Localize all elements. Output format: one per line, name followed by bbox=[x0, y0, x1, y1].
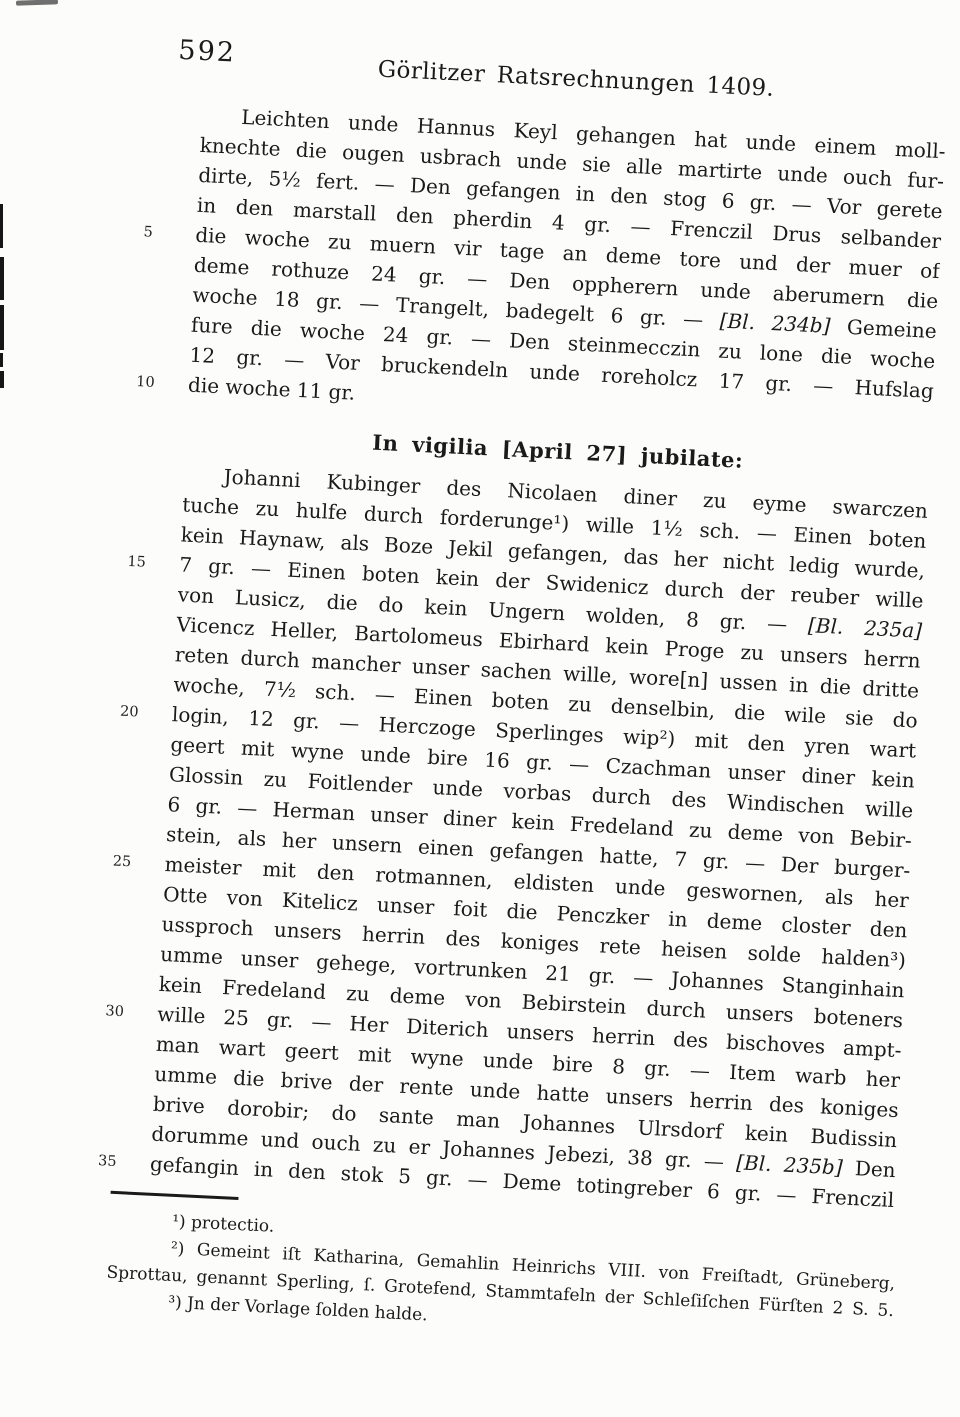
scan-artifact bbox=[0, 305, 4, 350]
line-number bbox=[125, 607, 165, 609]
line-number bbox=[118, 757, 158, 759]
line-number bbox=[116, 787, 156, 789]
line-number bbox=[102, 1086, 142, 1088]
footnotes: ¹) protectio. ²) Gemeint iſt Katharina, … bbox=[105, 1206, 897, 1352]
line-number: 35 bbox=[97, 1146, 138, 1179]
line-number bbox=[131, 487, 171, 489]
page-content: 592 Görlitzer Ratsrechnungen 1409. Leich… bbox=[143, 40, 949, 1352]
line-number bbox=[100, 1116, 140, 1118]
line-number: 20 bbox=[119, 697, 160, 730]
line-number: 10 bbox=[135, 367, 176, 400]
line-number bbox=[130, 517, 170, 519]
footnote-rule bbox=[111, 1191, 239, 1200]
folio-reference: [Bl. 235b] bbox=[736, 1150, 843, 1179]
line-number: 30 bbox=[105, 996, 146, 1029]
line-number bbox=[150, 97, 190, 99]
line-number bbox=[108, 966, 148, 968]
line-number: 5 bbox=[143, 217, 184, 250]
line-number bbox=[141, 277, 181, 279]
line-number bbox=[146, 187, 186, 189]
scan-artifact bbox=[0, 353, 3, 367]
line-number bbox=[133, 457, 173, 459]
line-number bbox=[124, 637, 164, 639]
line-number bbox=[103, 1056, 143, 1058]
scan-artifact bbox=[0, 257, 4, 300]
line-number bbox=[109, 936, 149, 938]
line-number bbox=[149, 127, 189, 129]
line-number bbox=[147, 157, 187, 159]
line-number bbox=[138, 337, 178, 339]
line-number bbox=[111, 906, 151, 908]
scan-artifact bbox=[0, 371, 4, 388]
line-number: 25 bbox=[112, 846, 153, 879]
book-page: 592 Görlitzer Ratsrechnungen 1409. Leich… bbox=[0, 0, 960, 1417]
scan-artifact bbox=[0, 204, 3, 248]
folio-reference: [Bl. 235a] bbox=[807, 613, 922, 643]
line-number bbox=[122, 667, 162, 669]
running-header: Görlitzer Ratsrechnungen 1409. bbox=[203, 48, 948, 110]
line-number bbox=[115, 817, 155, 819]
scan-artifact bbox=[16, 0, 58, 6]
line-number: 15 bbox=[127, 547, 168, 580]
line-number bbox=[140, 307, 180, 309]
folio-reference: [Bl. 234b] bbox=[719, 308, 831, 337]
body-text: Leichten unde Hannus Keyl gehangen hat u… bbox=[149, 100, 946, 1215]
